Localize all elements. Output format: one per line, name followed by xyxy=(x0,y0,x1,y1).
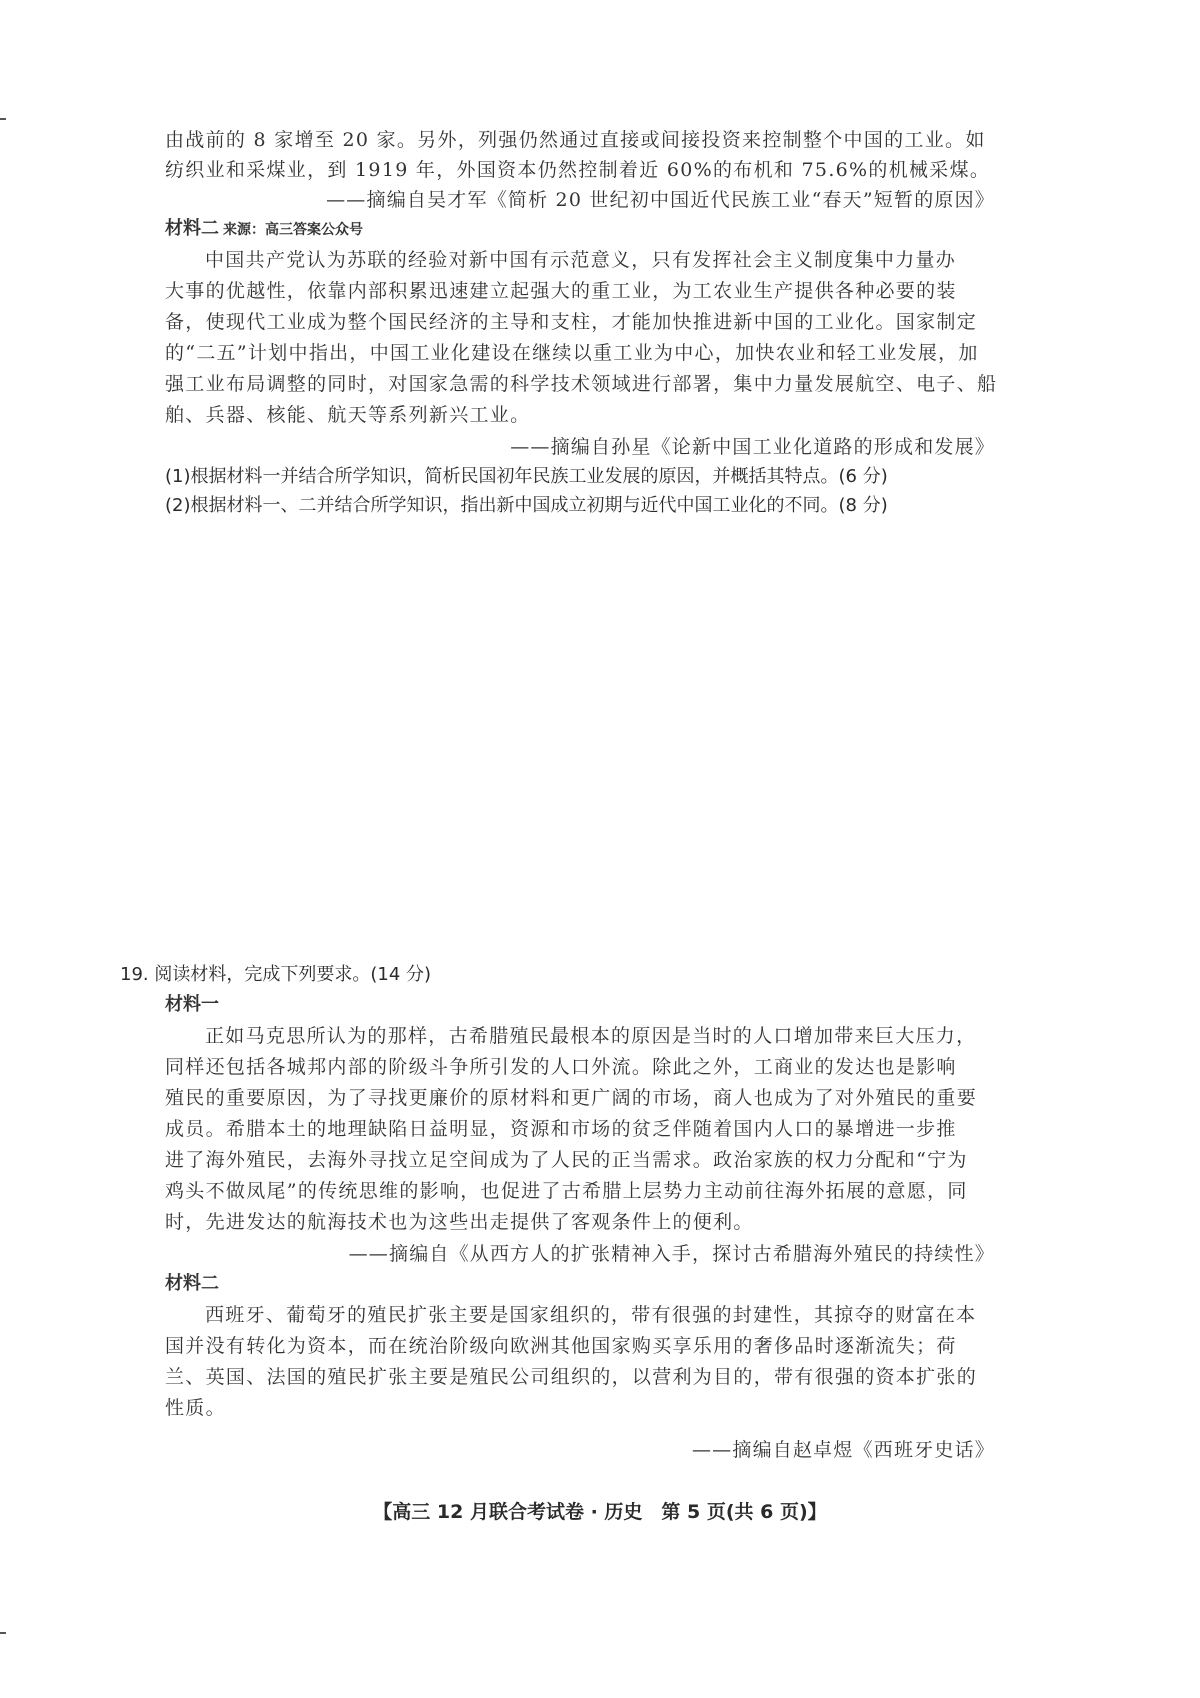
q18-material2-citation: ——摘编自孙星《论新中国工业化道路的形成和发展》 xyxy=(510,435,995,459)
margin-mark-bottom xyxy=(0,1632,6,1634)
q18-material2-line: 强工业布局调整的同时，对国家急需的科学技术领域进行部署，集中力量发展航空、电子、… xyxy=(165,372,995,396)
exam-page: 由战前的 8 家增至 20 家。另外，列强仍然通过直接或间接投资来控制整个中国的… xyxy=(0,0,1200,1698)
q18-material2-line: 中国共产党认为苏联的经验对新中国有示范意义，只有发挥社会主义制度集中力量办 xyxy=(205,248,995,272)
q19-material2-line: 西班牙、葡萄牙的殖民扩张主要是国家组织的，带有很强的封建性，其掠夺的财富在本 xyxy=(205,1303,995,1327)
page-footer: 【高三 12 月联合考试卷 · 历史 第 5 页(共 6 页)】 xyxy=(0,1497,1200,1524)
q19-material2-label: 材料二 xyxy=(165,1272,219,1296)
source-note: 来源：高三答案公众号 xyxy=(223,222,363,238)
q19-material1-line: 成员。希腊本土的地理缺陷日益明显，资源和市场的贫乏伴随着国内人口的暴增进一步推 xyxy=(165,1117,995,1141)
q19-material2-line: 国并没有转化为资本，而在统治阶级向欧洲其他国家购买享乐用的奢侈品时逐渐流失；荷 xyxy=(165,1334,995,1358)
q19-material1-line: 进了海外殖民，去海外寻找立足空间成为了人民的正当需求。政治家族的权力分配和“宁为 xyxy=(165,1148,995,1172)
margin-mark-top xyxy=(0,118,6,120)
q19-material1-line: 鸡头不做凤尾”的传统思维的影响，也促进了古希腊上层势力主动前往海外拓展的意愿，同 xyxy=(165,1179,995,1203)
q18-subquestion-2: (2)根据材料一、二并结合所学知识，指出新中国成立初期与近代中国工业化的不同。(… xyxy=(165,494,888,518)
q18-material1-line: 纺织业和采煤业，到 1919 年，外国资本仍然控制着近 60%的布机和 75.6… xyxy=(165,158,995,182)
q18-subquestion-1: (1)根据材料一并结合所学知识，简析民国初年民族工业发展的原因，并概括其特点。(… xyxy=(165,465,888,489)
q19-material1-line: 正如马克思所认为的那样，古希腊殖民最根本的原因是当时的人口增加带来巨大压力， xyxy=(205,1024,995,1048)
q18-material2-line: 舶、兵器、核能、航天等系列新兴工业。 xyxy=(165,403,995,427)
q19-material1-line: 同样还包括各城邦内部的阶级斗争所引发的人口外流。除此之外，工商业的发达也是影响 xyxy=(165,1055,995,1079)
q18-material1-citation: ——摘编自吴才军《简析 20 世纪初中国近代民族工业“春天”短暂的原因》 xyxy=(326,188,995,212)
q18-material2-label: 材料二 xyxy=(165,218,219,239)
q19-material1-label: 材料一 xyxy=(165,993,219,1017)
q18-material2-line: 备，使现代工业成为整个国民经济的主导和支柱，才能加快推进新中国的工业化。国家制定 xyxy=(165,310,995,334)
q19-material1-citation: ——摘编自《从西方人的扩张精神入手，探讨古希腊海外殖民的持续性》 xyxy=(349,1242,995,1266)
q19-material2-line: 性质。 xyxy=(165,1396,995,1420)
q18-material2-line: 的“二五”计划中指出，中国工业化建设在继续以重工业为中心，加快农业和轻工业发展，… xyxy=(165,341,995,365)
q18-material1-line: 由战前的 8 家增至 20 家。另外，列强仍然通过直接或间接投资来控制整个中国的… xyxy=(165,128,995,152)
q19-material2-citation: ——摘编自赵卓煜《西班牙史话》 xyxy=(692,1438,995,1462)
q19-material2-line: 兰、英国、法国的殖民扩张主要是殖民公司组织的，以营利为目的，带有很强的资本扩张的 xyxy=(165,1365,995,1389)
q18-material2-heading: 材料二来源：高三答案公众号 xyxy=(165,217,363,242)
q19-title: 19. 阅读材料，完成下列要求。(14 分) xyxy=(120,963,431,987)
q19-material1-line: 殖民的重要原因，为了寻找更廉价的原材料和更广阔的市场，商人也成为了对外殖民的重要 xyxy=(165,1086,995,1110)
q19-material1-line: 时，先进发达的航海技术也为这些出走提供了客观条件上的便利。 xyxy=(165,1210,995,1234)
q18-material2-line: 大事的优越性，依靠内部积累迅速建立起强大的重工业，为工农业生产提供各种必要的装 xyxy=(165,279,995,303)
